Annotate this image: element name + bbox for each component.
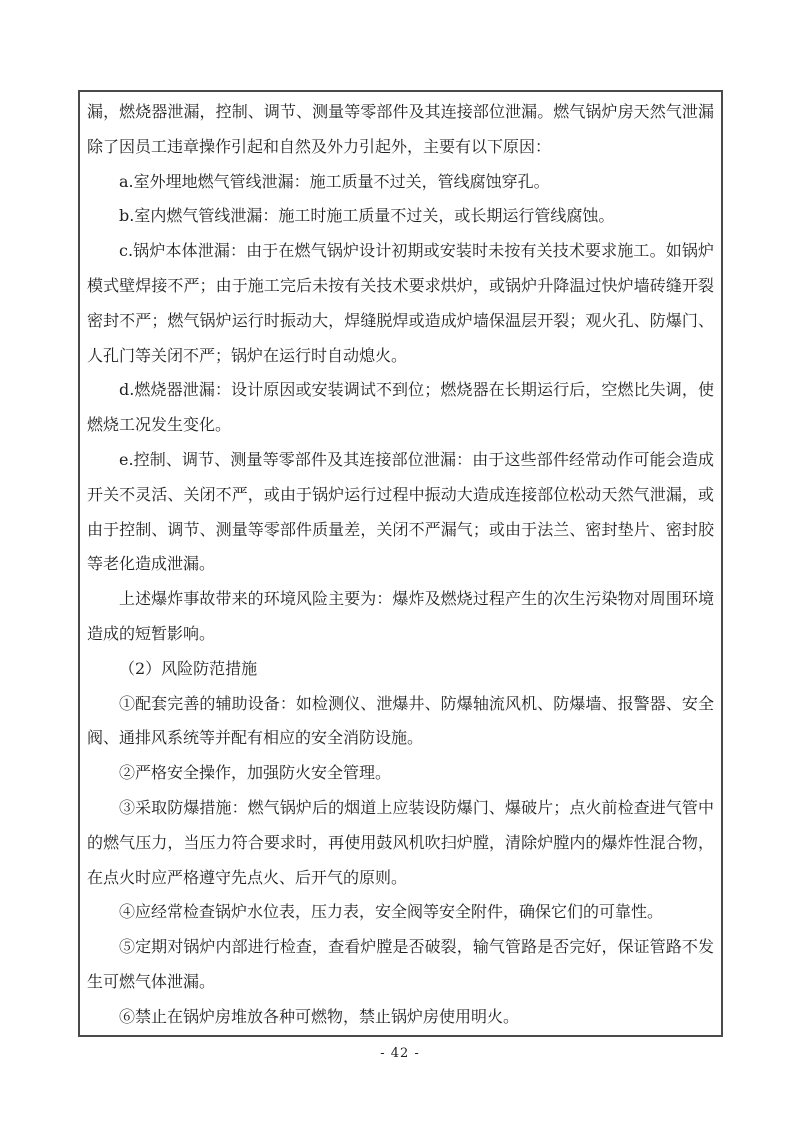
- paragraph: d.燃烧器泄漏：设计原因或安装调试不到位；燃烧器在长期运行后，空燃比失调，使燃烧…: [87, 373, 714, 443]
- paragraph: b.室内燃气管线泄漏：施工时施工质量不过关，或长期运行管线腐蚀。: [87, 199, 714, 234]
- content-border-box: 漏，燃烧器泄漏，控制、调节、测量等零部件及其连接部位泄漏。燃气锅炉房天然气泄漏除…: [78, 90, 723, 1037]
- document-body: 漏，燃烧器泄漏，控制、调节、测量等零部件及其连接部位泄漏。燃气锅炉房天然气泄漏除…: [87, 95, 714, 1035]
- paragraph: a.室外埋地燃气管线泄漏：施工质量不过关，管线腐蚀穿孔。: [87, 165, 714, 200]
- paragraph: ②严格安全操作，加强防火安全管理。: [87, 756, 714, 791]
- paragraph: c.锅炉本体泄漏：由于在燃气锅炉设计初期或安装时未按有关技术要求施工。如锅炉模式…: [87, 234, 714, 373]
- page-number: - 42 -: [0, 1046, 800, 1061]
- paragraph: ④应经常检查锅炉水位表，压力表，安全阀等安全附件，确保它们的可靠性。: [87, 895, 714, 930]
- paragraph: 漏，燃烧器泄漏，控制、调节、测量等零部件及其连接部位泄漏。燃气锅炉房天然气泄漏除…: [87, 95, 714, 165]
- paragraph: e.控制、调节、测量等零部件及其连接部位泄漏：由于这些部件经常动作可能会造成开关…: [87, 443, 714, 582]
- paragraph: ⑥禁止在锅炉房堆放各种可燃物，禁止锅炉房使用明火。: [87, 1000, 714, 1035]
- paragraph: ⑤定期对锅炉内部进行检查，查看炉膛是否破裂，输气管路是否完好，保证管路不发生可燃…: [87, 930, 714, 1000]
- document-page: 漏，燃烧器泄漏，控制、调节、测量等零部件及其连接部位泄漏。燃气锅炉房天然气泄漏除…: [0, 0, 800, 1131]
- paragraph: 上述爆炸事故带来的环境风险主要为：爆炸及燃烧过程产生的次生污染物对周围环境造成的…: [87, 582, 714, 652]
- paragraph: （2）风险防范措施: [87, 652, 714, 687]
- paragraph: ③采取防爆措施：燃气锅炉后的烟道上应装设防爆门、爆破片；点火前检查进气管中的燃气…: [87, 791, 714, 895]
- paragraph: ①配套完善的辅助设备：如检测仪、泄爆井、防爆轴流风机、防爆墙、报警器、安全阀、通…: [87, 687, 714, 757]
